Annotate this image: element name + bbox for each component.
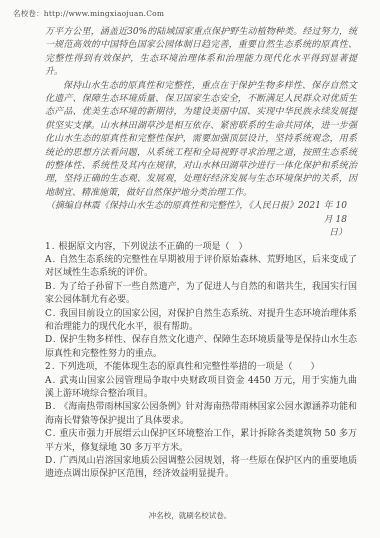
question-1-option-b: B. 为了给子孙留下一些自然遗产，为了促进人与自然的和谐共生，我国实行国家公园体…	[45, 281, 357, 308]
option-a-text: 自然生态系统的完整性在早期被用于评价原始森林、荒野地区，后来变成了对区域性生态系…	[45, 255, 357, 278]
question-2-option-a: A. 武夷山国家公园管理局争取中央财政项目资金 4450 万元，用于实施九曲溪上…	[45, 375, 357, 402]
option-b-text: 《海南热带雨林国家公园条例》针对海南热带雨林国家公园水源涵养功能和海南长臂猿等保…	[45, 402, 357, 425]
option-letter-c: C.	[45, 429, 56, 439]
passage-paragraph: 保持山水生态的原真性和完整性，重点在于保护生物多样性、保存自然文化遗产、保障生态…	[45, 80, 357, 201]
question-2-option-b: B. 《海南热带雨林国家公园条例》针对海南热带雨林国家公园水源涵养功能和海南长臂…	[45, 401, 357, 428]
question-1: 1. 根据原文内容，下列说法不正确的一项是（ ） A. 自然生态系统的完整性在早…	[45, 241, 357, 362]
option-letter-b: B.	[45, 402, 56, 412]
option-letter-c: C.	[45, 309, 56, 319]
option-b-text: 为了给子孙留下一些自然遗产，为了促进人与自然的和谐共生，我国实行国家公园体制尤有…	[45, 282, 357, 305]
question-1-number: 1.	[45, 242, 56, 252]
question-1-stem-text: 根据原文内容，下列说法不正确的一项是（ ）	[58, 242, 247, 252]
question-1-option-c: C. 我国目前设立的国家公园，对保护自然生态系统、对提升生态环境治理体系和治理能…	[45, 308, 357, 335]
question-2-option-c: C. 重庆市强力开展缙云山保护区环境整治工作，累计拆除各类建筑物 50 多万平方…	[45, 428, 357, 455]
option-c-text: 重庆市强力开展缙云山保护区环境整治工作，累计拆除各类建筑物 50 多万平方米，修…	[45, 429, 357, 452]
option-a-text: 武夷山国家公园管理局争取中央财政项目资金 4450 万元，用于实施九曲溪上游环境…	[45, 376, 357, 399]
question-1-stem: 1. 根据原文内容，下列说法不正确的一项是（ ）	[45, 241, 357, 254]
site-watermark: 名校卷：http://www.mingxiaojuan.Com	[13, 8, 164, 19]
option-d-text: 保护生物多样性、保存自然文化遗产、保障生态环境质量等是保持山水生态原真性和完整性…	[45, 335, 357, 358]
citation-line-2: 日）	[45, 227, 347, 240]
passage-citation: （摘编自林震《保持山水生态的原真性和完整性》，《人民日报》2021 年 10 月…	[45, 200, 357, 240]
question-2-stem: 2. 下列选项，不能体现生态的原真性和完整性举措的一项是（ ）	[45, 361, 357, 374]
option-letter-d: D.	[45, 456, 57, 466]
option-letter-a: A.	[45, 255, 56, 265]
option-letter-b: B.	[45, 282, 56, 292]
question-2-stem-text: 下列选项，不能体现生态的原真性和完整性举措的一项是（ ）	[58, 362, 319, 372]
option-letter-a: A.	[45, 376, 56, 386]
question-1-option-a: A. 自然生态系统的完整性在早期被用于评价原始森林、荒野地区，后来变成了对区域性…	[45, 254, 357, 281]
citation-line-1: （摘编自林震《保持山水生态的原真性和完整性》，《人民日报》2021 年 10 月…	[45, 200, 347, 227]
option-d-text: 广西凤山岩溶国家地质公园调整公园规划，将一些原在保护区内的重要地质遗迹点调出原保…	[45, 456, 357, 479]
site-url-text: 名校卷：http://www.mingxiaojuan.Com	[13, 9, 164, 18]
question-1-option-d: D. 保护生物多样性、保存自然文化遗产、保障生态环境质量等是保持山水生态原真性和…	[45, 334, 357, 361]
question-2-number: 2.	[45, 362, 56, 372]
footer-slogan: 冲名校，就刷名校试卷。	[0, 510, 380, 521]
question-2-option-d: D. 广西凤山岩溶国家地质公园调整公园规划，将一些原在保护区内的重要地质遗迹点调…	[45, 455, 357, 482]
exam-page-body: 万平方公里，涵盖近30%的陆域国家重点保护野生动植物种类。经过努力，统一规范高效…	[45, 26, 357, 482]
option-c-text: 我国目前设立的国家公园，对保护自然生态系统、对提升生态环境治理体系和治理能力的现…	[45, 309, 357, 332]
option-letter-d: D.	[45, 335, 57, 345]
passage-paragraph-continuation: 万平方公里，涵盖近30%的陆域国家重点保护野生动植物种类。经过努力，统一规范高效…	[45, 26, 357, 80]
question-2: 2. 下列选项，不能体现生态的原真性和完整性举措的一项是（ ） A. 武夷山国家…	[45, 361, 357, 482]
